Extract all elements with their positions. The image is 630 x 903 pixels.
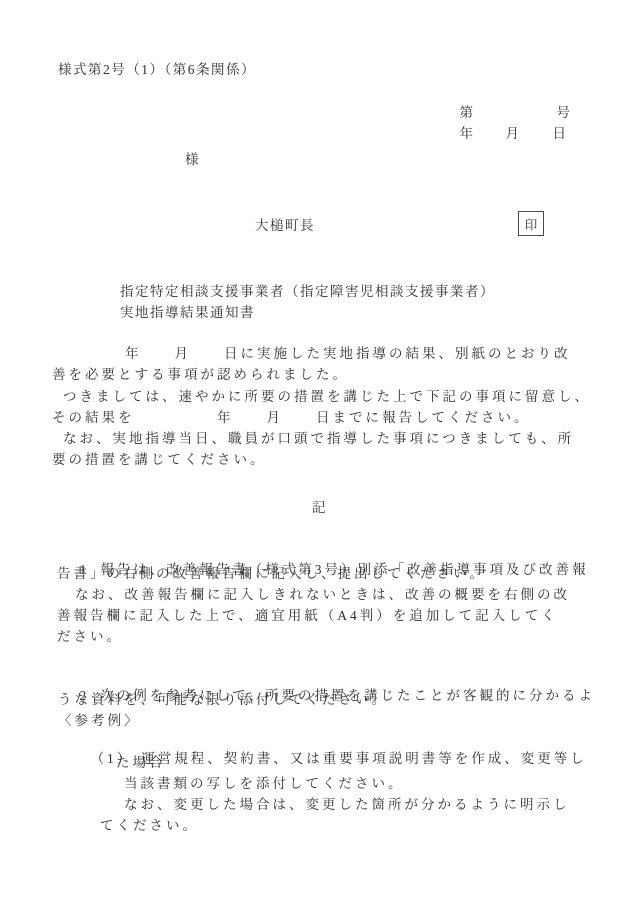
body-paragraph3-line2: 要の措置を講じてください。 [52, 451, 267, 468]
subject-line-2: 実地指導結果通知書 [120, 304, 255, 321]
date-year-blank [475, 137, 506, 138]
item2-example1-line1-text: 運営規程、契約書、又は重要事項説明書等を作成、変更等し [141, 751, 587, 766]
date-year-label: 年 [460, 126, 475, 141]
seal-stamp-box: 印 [518, 211, 544, 236]
body-paragraph3-line1: なお、実地指導当日、職員が口頭で指導した事項につきましても、所 [63, 430, 574, 447]
item1-line3: なお、改善報告欄に記入しきれないときは、改善の概要を右側の改 [75, 586, 570, 603]
date-month-blank [521, 137, 553, 138]
body-paragraph1-line2: 善を必要とする事項が認められました。 [52, 366, 349, 383]
item1-line4: 善報告欄に記入した上で、適宜用紙（A4判）を追加して記入してく [57, 607, 558, 624]
addressee-honorific: 様 [185, 151, 200, 168]
subject-line-1: 指定特定相談支援事業者（指定障害児相談支援事業者） [120, 283, 495, 300]
item2-example1-line3: 当該書類の写しを添付してください。 [124, 775, 405, 792]
body-paragraph2-line2: その結果を 年 月 日までに報告してください。 [52, 409, 531, 426]
date-month-label: 月 [506, 126, 521, 141]
item2-example1-line4: なお、変更した場合は、変更した箇所が分かるように明示し [124, 796, 570, 813]
seal-label: 印 [525, 215, 538, 233]
item2-line2: うな資料を、可能な限り添付してください。 [58, 691, 388, 708]
form-number-label: 様式第2号（1）（第6条関係） [58, 61, 256, 78]
date-line: 年月日 [440, 108, 568, 159]
record-heading: 記 [312, 499, 327, 516]
body-paragraph1-line1: 年 月 日に実施した実地指導の結果、別紙のとおり改 [125, 345, 571, 362]
notice-document-page: 様式第2号（1）（第6条関係） 第号 年月日 様 大槌町長 印 指定特定相談支援… [0, 0, 630, 903]
item1-line5: ださい。 [57, 628, 123, 645]
item2-example1-line2: た場合 [116, 754, 166, 771]
item2-reference-label: 〈参考例〉 [58, 712, 141, 729]
item2-example1-line5: てください。 [100, 817, 199, 834]
sender-title: 大槌町長 [255, 217, 315, 234]
date-day-label: 日 [553, 126, 568, 141]
body-paragraph2-line1: つきましては、速やかに所要の措置を講じた上で下記の事項に留意し、 [63, 388, 591, 405]
item1-line2: 告書」の右側の改善報告欄に記入し、提出してください。 [57, 565, 486, 582]
